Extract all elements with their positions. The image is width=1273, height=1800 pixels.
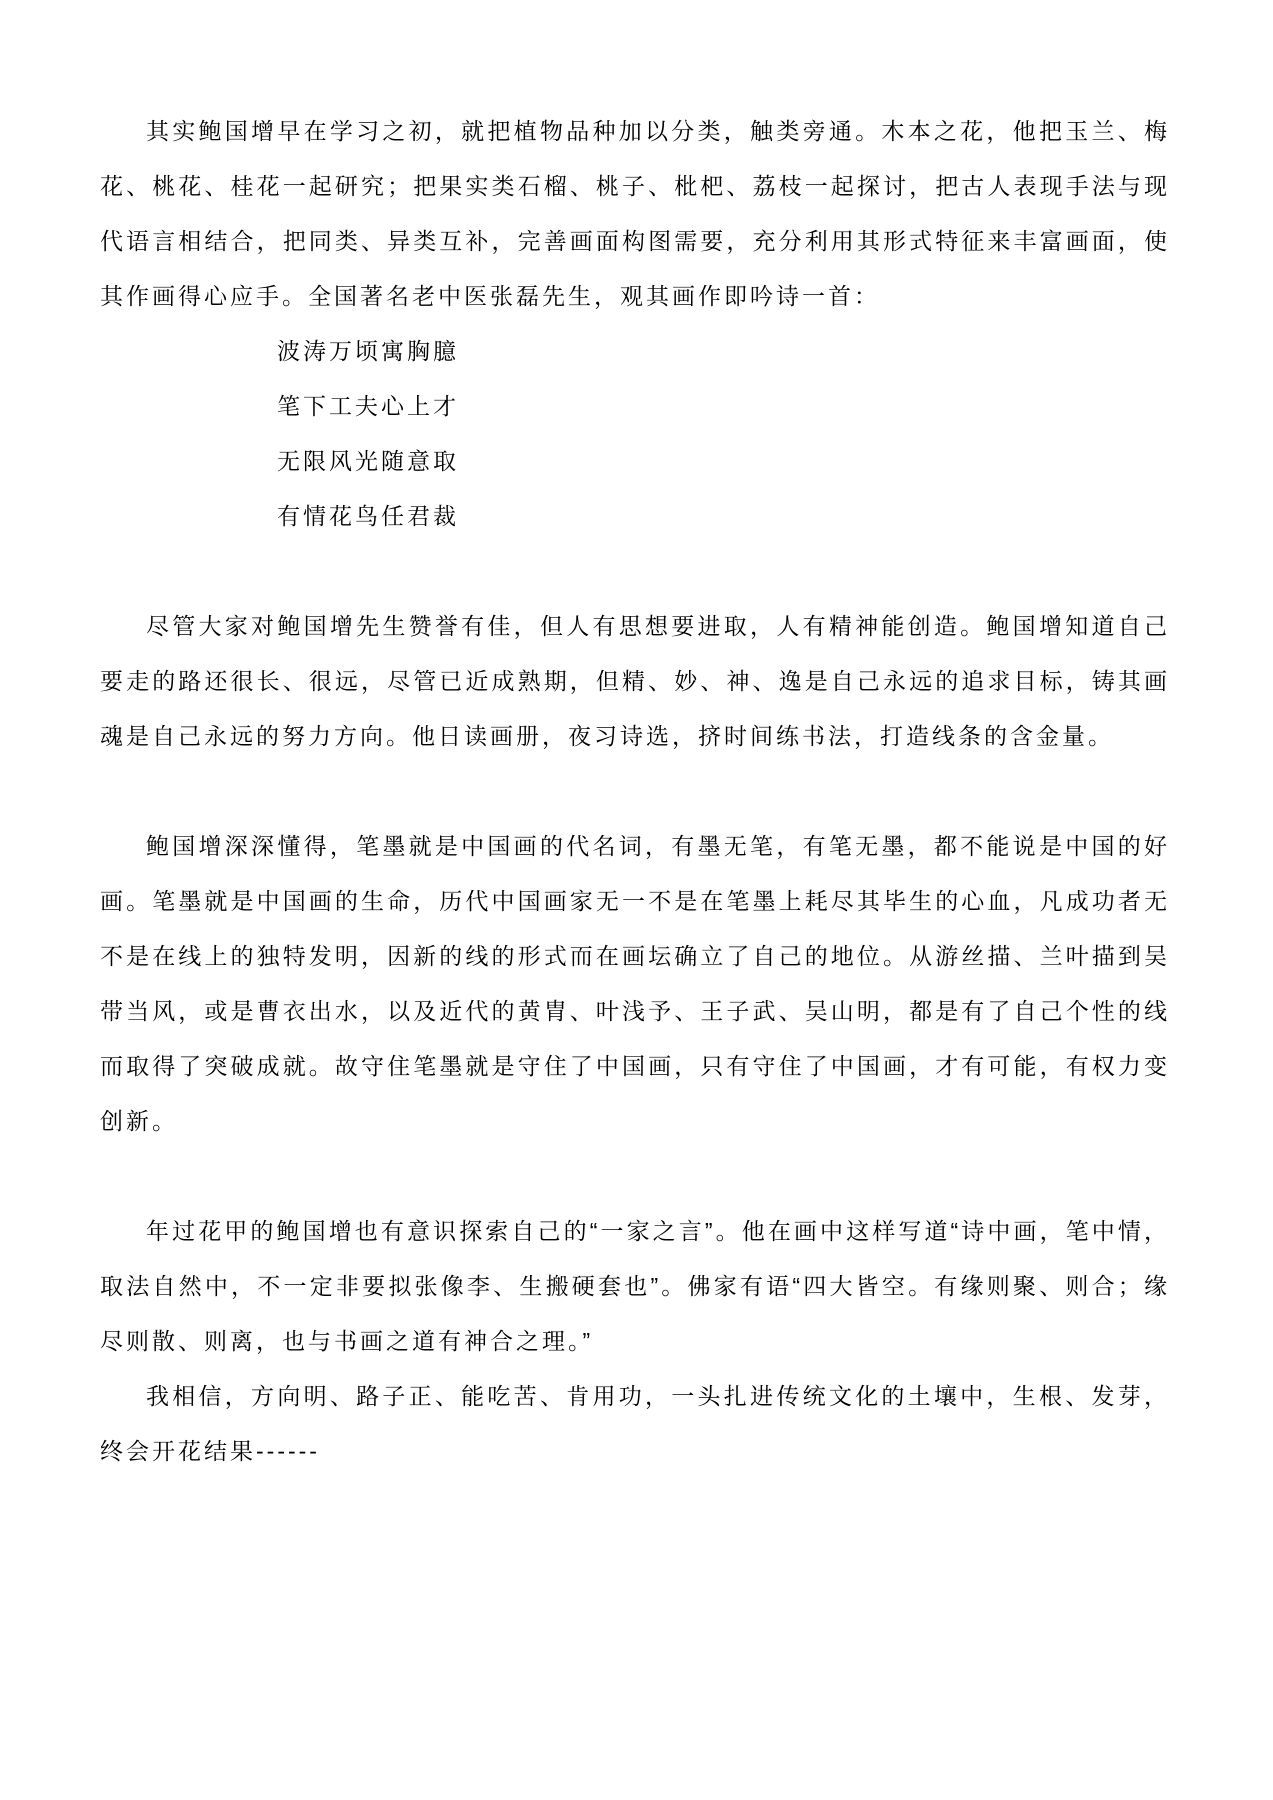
poem-block: 波涛万顷寓胸臆 笔下工夫心上才 无限风光随意取 有情花鸟任君裁 (100, 324, 1170, 544)
poem-line-1: 波涛万顷寓胸臆 (100, 324, 1170, 379)
paragraph-classification-study: 其实鲍国增早在学习之初，就把植物品种加以分类，触类旁通。木本之花，他把玉兰、梅花… (100, 104, 1170, 324)
paragraph-conclusion: 我相信，方向明、路子正、能吃苦、肯用功，一头扎进传统文化的土壤中，生根、发芽，终… (100, 1369, 1170, 1479)
poem-line-3: 无限风光随意取 (100, 434, 1170, 489)
paragraph-brush-and-ink: 鲍国增深深懂得，笔墨就是中国画的代名词，有墨无笔，有笔无墨，都不能说是中国的好画… (100, 819, 1170, 1149)
document-page: 其实鲍国增早在学习之初，就把植物品种加以分类，触类旁通。木本之花，他把玉兰、梅花… (0, 0, 1273, 1800)
paragraph-pursuit-goals: 尽管大家对鲍国增先生赞誉有佳，但人有思想要进取，人有精神能创造。鲍国增知道自己要… (100, 599, 1170, 764)
poem-line-4: 有情花鸟任君裁 (100, 489, 1170, 544)
paragraph-own-voice: 年过花甲的鲍国增也有意识探索自己的“一家之言”。他在画中这样写道“诗中画，笔中情… (100, 1204, 1170, 1369)
document-content: 其实鲍国增早在学习之初，就把植物品种加以分类，触类旁通。木本之花，他把玉兰、梅花… (100, 104, 1170, 1479)
poem-line-2: 笔下工夫心上才 (100, 379, 1170, 434)
